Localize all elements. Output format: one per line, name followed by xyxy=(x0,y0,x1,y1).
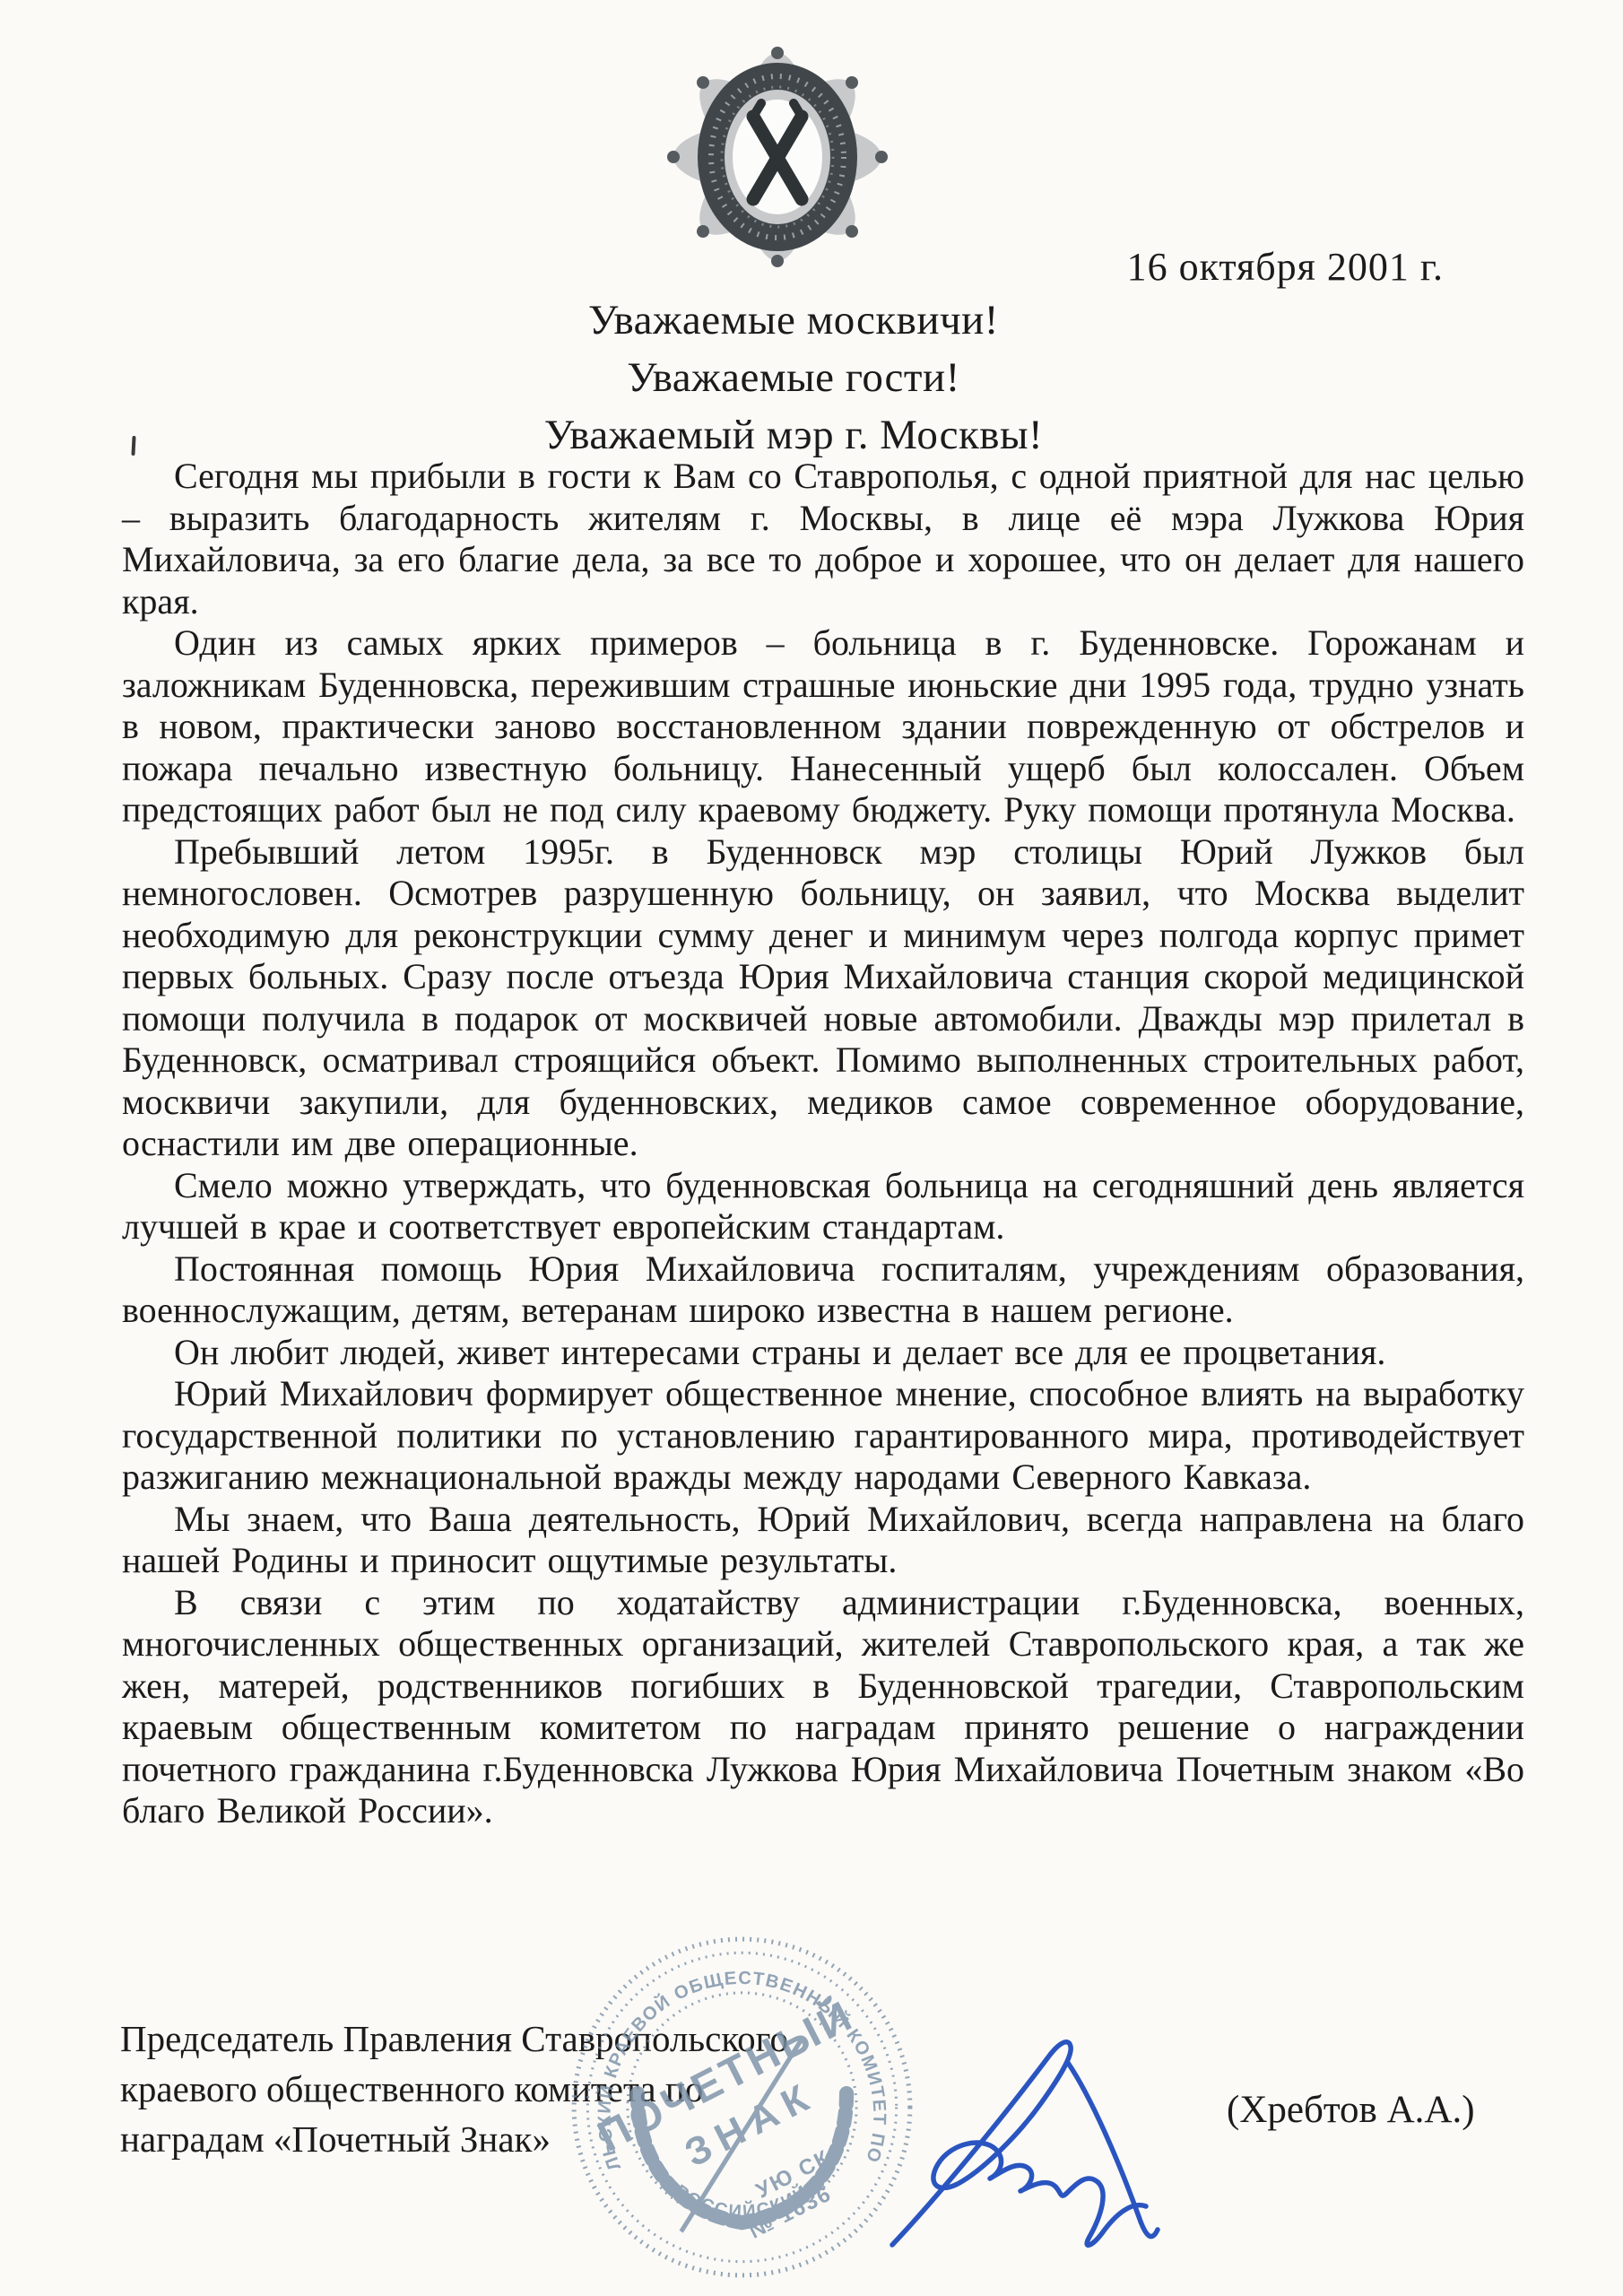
letter-body: Сегодня мы прибыли в гости к Вам со Став… xyxy=(122,456,1524,1832)
signatory-name: (Хребтов А.А.) xyxy=(1227,2088,1475,2132)
handwritten-signature xyxy=(883,2013,1206,2256)
body-paragraph: Юрий Михайлович формирует общественное м… xyxy=(122,1373,1524,1499)
salutation-line: Уважаемые гости! xyxy=(0,349,1587,406)
scanned-letter-page: 16 октября 2001 г. Уважаемые москвичи! У… xyxy=(0,0,1623,2296)
body-paragraph: В связи с этим по ходатайству администра… xyxy=(122,1582,1524,1832)
round-seal-stamp: СТАВРОПОЛЬСКИЙ КРАЕВОЙ ОБЩЕСТВЕННЫЙ КОМИ… xyxy=(565,1930,919,2284)
body-paragraph: Один из самых ярких примеров – больница … xyxy=(122,622,1524,831)
letter-date: 16 октября 2001 г. xyxy=(1127,244,1444,290)
honorary-badge-emblem xyxy=(661,45,894,269)
body-paragraph: Пребывший летом 1995г. в Буденновск мэр … xyxy=(122,831,1524,1165)
salutation-line: Уважаемые москвичи! xyxy=(0,291,1587,349)
body-paragraph: Смело можно утверждать, что буденновская… xyxy=(122,1165,1524,1248)
salutation-block: Уважаемые москвичи! Уважаемые гости! Ува… xyxy=(0,291,1587,464)
body-paragraph: Мы знаем, что Ваша деятельность, Юрий Ми… xyxy=(122,1499,1524,1582)
body-paragraph: Постоянная помощь Юрия Михайловича госпи… xyxy=(122,1248,1524,1332)
body-paragraph: Он любит людей, живет интересами страны … xyxy=(122,1332,1524,1374)
body-paragraph: Сегодня мы прибыли в гости к Вам со Став… xyxy=(122,456,1524,622)
